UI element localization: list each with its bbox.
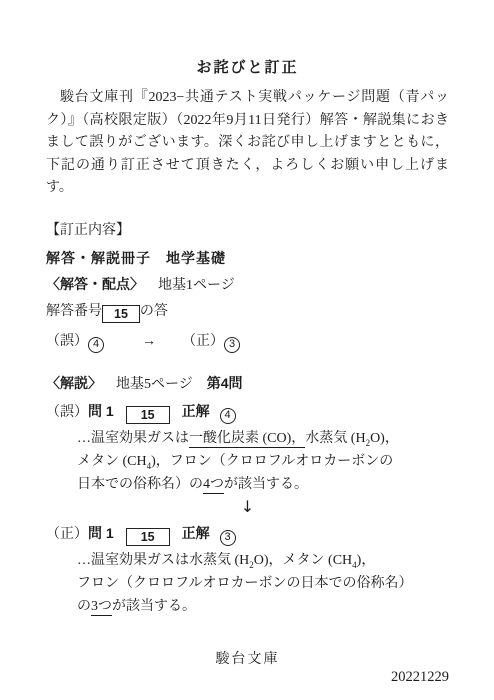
correct-label: （正） [46,527,88,542]
correct-explanation-block: （正）問 115正解3 …温室効果ガスは水蒸気 (H2O)，メタン (CH4)，… [46,523,449,618]
question-label: 問 1 [88,403,114,419]
answer-points-label: 〈解答・配点〉 [46,276,144,292]
question-number-box: 15 [126,528,170,546]
correct-choice-circle: 3 [224,337,240,353]
seikai-label: 正解 [182,403,210,419]
explanation-page: 地基5ページ [116,377,193,392]
booklet-title: 解答・解説冊子 地学基礎 [46,249,449,267]
answer-correction-line: （誤）4→（正）3 [46,332,449,353]
explanation-line: の3つが該当する。 [77,595,449,618]
answer-number-box: 15 [102,305,140,323]
answer-number-prefix: 解答番号 [46,304,102,319]
wrong-explanation-text: …温室効果ガスは一酸化炭素 (CO)，水蒸気 (H2O)， メタン (CH4)，… [77,427,449,496]
explanation-question: 第4問 [207,375,243,391]
explanation-line: 日本での俗称名）の4つが該当する。 [77,473,449,496]
wrong-label: （誤） [46,405,88,420]
wrong-explanation-block: （誤）問 115正解4 …温室効果ガスは一酸化炭素 (CO)，水蒸気 (H2O)… [46,401,449,496]
correction-notice-document: お詫びと訂正 駿台文庫刊『2023−共通テスト実戦パッケージ問題（青パック）』（… [0,0,494,700]
explanation-label: 〈解説〉 [46,375,102,391]
wrong-question-line: （誤）問 115正解4 [46,401,449,424]
seikai-label: 正解 [182,525,210,541]
seikai-choice-circle: 4 [220,408,236,424]
question-number-box: 15 [126,406,170,424]
explanation-line: …温室効果ガスは一酸化炭素 (CO)，水蒸気 (H2O)， [77,427,449,450]
down-arrow-icon: ↓ [46,498,449,516]
answer-points-heading: 〈解答・配点〉地基1ページ [46,275,449,295]
answer-points-page: 地基1ページ [158,278,235,293]
wrong-label: （誤） [46,334,88,349]
right-arrow-icon: → [142,334,156,349]
answer-number-suffix: の答 [140,304,168,319]
explanation-line: …温室効果ガスは水蒸気 (H2O)，メタン (CH4)， [77,549,449,572]
correct-question-line: （正）問 115正解3 [46,523,449,546]
explanation-line: フロン（クロロフルオロカーボンの日本での俗称名） [77,572,449,595]
correct-label: （正） [182,334,224,349]
wrong-choice-circle: 4 [88,337,104,353]
explanation-heading: 〈解説〉地基5ページ第4問 [46,374,449,394]
publisher-name: 駿台文庫 [46,648,449,668]
explanation-line: メタン (CH4)，フロン（クロロフルオロカーボンの [77,450,449,473]
document-content: お詫びと訂正 駿台文庫刊『2023−共通テスト実戦パッケージ問題（青パック）』（… [0,56,494,686]
correction-contents-label: 【訂正内容】 [46,222,449,240]
seikai-choice-circle: 3 [220,530,236,546]
revision-date: 20221229 [46,669,449,686]
answer-number-line: 解答番号15の答 [46,303,449,323]
document-title: お詫びと訂正 [46,56,449,77]
question-label: 問 1 [88,525,114,541]
correct-explanation-text: …温室効果ガスは水蒸気 (H2O)，メタン (CH4)， フロン（クロロフルオロ… [77,549,449,618]
intro-paragraph: 駿台文庫刊『2023−共通テスト実戦パッケージ問題（青パック）』（高校限定版）（… [46,87,449,200]
